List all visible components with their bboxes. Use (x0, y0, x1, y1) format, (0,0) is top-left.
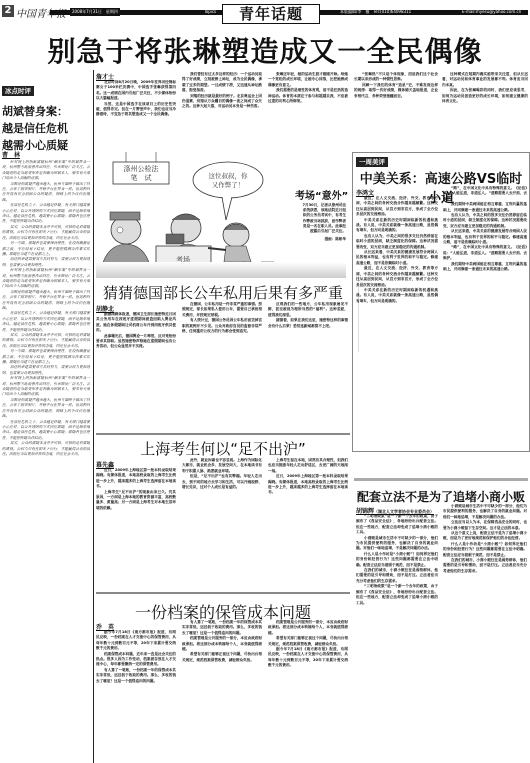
paragraph: 在信任危机之下，公众越是怀疑，有关部门越需要小心应对，以公开透明的方式回应质疑，… (2, 203, 90, 225)
article3-col1: 近日，2009年上海地区第一批本科录取结果揭晓。有媒体报道，本地高校录取的上海考… (96, 468, 176, 580)
newspaper-page: 2 中国青年报 2008年7月31日 星期四 Topics 青年话题 本版编辑/… (0, 0, 530, 763)
paragraph: 当然，这是中国选手在该项目上的历史性突破，值得肯定。但在一片赞誉声中，我们也应当… (96, 102, 176, 118)
svg-text:笔 试: 笔 试 (131, 173, 152, 182)
paragraph: 从长远来看，中美关系的健康发展符合两国人民的根本利益，也有利于世界的和平与稳定。… (356, 250, 438, 266)
special-col2: “路”，在中国文化中具有特殊的意义。《论语》说：“人能弘道，非道弘人。”道路需要… (443, 186, 527, 448)
paragraph: 也有人认为，中美之间的很多交往仍然停留在临时小道的层面，缺乏制度化的保障。这种状… (443, 213, 527, 229)
paragraph: 在信任危机之下，公众越是怀疑，有关部门越需要小心应对，以公开透明的方式回应质疑，… (2, 311, 90, 333)
paragraph: 当舆论的质疑声越来越大，杭州方面终于做出了回应，公布了庭审照片，并称不存在替身一… (2, 398, 90, 420)
paragraph: 其实，公众的质疑本身并不可怕，可怕的是对质疑的漠视。公权力只有在阳光下运行，才能… (2, 225, 90, 241)
paragraph: 也有人认为，中美之间的很多交往仍然停留在临时小道的层面，缺乏制度化的保障。这种状… (356, 234, 438, 250)
paragraph: “三明治政策”是一个新一个去年的政策，由于颁布了《食品安全法》，各地纷纷出台配套… (356, 514, 438, 536)
paragraph: 小商贩是城市生活中不可缺少的一部分，他们为市民提供便利的服务，也解决了自身的就业… (356, 536, 438, 552)
title-band (96, 262, 346, 278)
paragraph: 中美关系在新的历史时期面临新的机遇和挑战。有人说，中美关系就像一条高速公路，虽然… (356, 218, 438, 234)
paragraph: 从这个意义上说，配套立法不是为了追堵小商小贩，而是为了更好地规范和保护他们的合法… (443, 531, 527, 542)
paragraph: 档案管理是公共服务的一部分，本应由政府财政承担。将这部分成本转嫁给个人，本身就值… (182, 636, 262, 652)
paragraph: 据德国媒体报道，德国卫生部长施密特近日因其公务用车在西班牙度假期间被盗而陷入舆论… (96, 312, 176, 334)
paragraph: 小商贩是城市生活中不可缺少的一部分，他们为市民提供便利的服务，也解决了自身的就业… (443, 504, 527, 520)
cartoon-illustration: 涤州公检法 笔 试 这位叔叔，你 又作弊了！ 考场 (96, 150, 286, 270)
article1-col3: 张琳还年轻，她的运动生涯才刚刚开始。给她一个宽松的成长环境，让她专心训练，比把她… (268, 72, 348, 142)
page-number: 2 (2, 5, 14, 17)
paragraph: 当舆论的质疑声越来越大，杭州方面终于做出了回应，公布了庭审照片，并称不存在替身一… (2, 182, 90, 204)
section-title: 青年话题 (222, 4, 320, 24)
paragraph: 另一方面，质疑者也需要保持理性，在没有确凿证据之前，不应轻易下结论，更不能把猜测… (2, 349, 90, 365)
special-col1: 最近，在人文交流、经济、外交、教育等方面，中美之间的各种交流合作越来越频繁。这种… (356, 196, 438, 448)
article3-col2: 此外，就业因素也不容忽视。上海作为国际化大都市，就业机会多、发展空间大，在本地读… (182, 458, 262, 580)
paragraph: 我们期待中美两国能在相互尊重、互利共赢的基础上，共同修建一条通往未来的高速公路。 (443, 202, 527, 213)
paragraph: 信任的重建需要双方共同努力，需要公权力更加透明，也需要公众更加理性。 (2, 257, 90, 268)
paragraph: 在我们的城市，小商小贩往往是弱势群体，他们需要的是引导和帮助，而不是打压。立法者… (356, 568, 438, 584)
paragraph: 档案管理是公共服务的一部分，本应由政府财政承担。将这部分成本转嫁给个人，本身就值… (268, 620, 348, 636)
article2-col2: 在德国，公车私用是一件非常严重的事情。按照规定，部长如果私人使用公车，需要自己承… (182, 302, 262, 430)
paragraph: 我们曾经有过太多这样的经历：一个运动员取得了好成绩，立刻被捧上神坛，成为全民偶像… (182, 72, 262, 94)
sidebar-byline: 曹 林 (2, 150, 20, 159)
masthead: 2 中国青年报 2008年7月31日 星期四 Topics 青年话题 本版编辑/… (0, 4, 530, 20)
issue-date: 2008年7月31日 星期四 (70, 8, 120, 16)
paragraph: 刘翔的经历就是最好的例子。北京奥运会上因伤退赛，刘翔从万众瞩目的偶像一夜之间成了… (182, 94, 262, 110)
paragraph: 张琳还年轻，她的运动生涯才刚刚开始。给她一个宽松的成长环境，让她专心训练，比把她… (268, 72, 348, 88)
cartoon-drawing: 涤州公检法 笔 试 这位叔叔，你 又作弊了！ 考场 (96, 150, 286, 270)
paragraph: 希望有关部门能够正视这个问题，尽快出台相关规定，规范档案保管收费，减轻群众负担。 (268, 636, 348, 647)
article5-col1: 据今年7月18日《南方都市报》报道，有网民反映，一份档案在人才交流中心的保管费用… (96, 630, 176, 763)
article4-col2: 小商贩是城市生活中不可缺少的一部分，他们为市民提供便利的服务，也解决了自身的就业… (443, 504, 527, 763)
paragraph: 其实，公众的质疑本身并不可怕，可怕的是对质疑的漠视。公权力只有在阳光下运行，才能… (2, 441, 90, 457)
caption-author: 漫画：陈彬华 (300, 237, 346, 242)
paragraph: 最近，在人文交流、经济、外交、教育等方面，中美之间的各种交流合作越来越频繁。这种… (356, 266, 438, 288)
paragraph: 此事曝光后，德国舆论一片哗然，反对党纷纷要求其辞职。虽然施密特声称她在度假期间也… (96, 334, 176, 350)
article2-title: 猜猜德国部长公车私用后果有多严重 (96, 282, 350, 303)
paragraph: 在信任危机之下，公众越是怀疑，有关部门越需要小心应对，以公开透明的方式回应质疑，… (2, 420, 90, 442)
paragraph: 信任的重建需要双方共同努力，需要公权力更加透明，也需要公众更加理性。 (2, 365, 90, 376)
article2-col1: 据德国媒体报道，德国卫生部长施密特近日因其公务用车在西班牙度假期间被盗而陷入舆论… (96, 312, 176, 430)
email-info: E-mail:myesu@yahoo.com.cn (462, 8, 521, 16)
paragraph: 我们需要的是理性的体育观，而不是狂热的造神运动。体育的本质在于参与和超越自我，不… (268, 88, 348, 104)
paragraph: 有人统计过，德国公务员因公车私用而丢掉官职的案例并不少见。公众对政府官员的监督非… (182, 318, 262, 334)
paragraph: 反观我们的一些地方，公车私用现象屡见不鲜，甚至被视为理所当然的“福利”。这种差距… (268, 302, 348, 318)
sidebar-title-line: 胡斌替身案： (2, 103, 92, 120)
caption-body: 7月30日，记者从涤州司法系统获悉，该地法院近日组织的公务员考试中，有考生作弊被… (300, 203, 346, 234)
section-divider (96, 433, 350, 435)
special-tag: 一周美评 (356, 157, 388, 167)
article1-col5: 这种模式在短期内确实能带来关注度，但从长远看，对运动员和体育事业的发展都不利。体… (442, 72, 528, 150)
article1-col1: 北京时间8月20日晚，2009年世界田径锦标赛女子100米栏决赛中，中国选手张琳… (96, 80, 176, 142)
paragraph: 档案保管成本问题，近年来一直是社会关注的热点。很多人因为工作变动，档案被存放在人… (96, 652, 176, 668)
paragraph: 针对网上的热帖质疑杭州“飙车案”中胡斌替身一说，杭州警方此前曾作出回应，引来舆论… (2, 160, 90, 182)
article5-col2: 有人算了一笔账，一份档案一年的保管成本其实非常低，远远低于收取的费用。那么，多收… (182, 620, 262, 763)
article5-col3: 档案管理是公共服务的一部分，本应由政府财政承担。将这部分成本转嫁给个人，本身就值… (268, 620, 348, 763)
newspaper-logo: 中国青年报 (16, 5, 66, 20)
paragraph: “路”，在中国文化中具有特殊的意义。《论语》说：“人能弘道，非道弘人。”道路需要… (443, 245, 527, 261)
paragraph: 有人算了一笔账，一份档案一年的保管成本其实非常低，远远低于收取的费用。那么，多收… (182, 620, 262, 636)
paragraph: 北京时间8月20日晚，2009年世界田径锦标赛女子100米栏决赛中，中国选手张琳… (96, 80, 176, 102)
cartoon-caption-text: 7月30日，记者从涤州司法系统获悉，该地法院近日组织的公务员考试中，有考生作弊被… (300, 203, 346, 242)
paragraph: 针对网上的热帖质疑杭州“飙车案”中胡斌替身一说，杭州警方此前曾作出回应，引来舆论… (2, 376, 90, 398)
paragraph: 近日，2009年上海地区第一批本科录取结果揭晓。有媒体报道，本地高校录取的上海考… (268, 474, 348, 496)
paragraph: “三明治政策”是一个新一个去年的政策，由于颁布了《食品安全法》，各地纷纷出台配套… (356, 584, 438, 606)
article3-title: 上海考生何以“足不出沪” (96, 438, 350, 459)
sidebar-title: 胡斌替身案： 越是信任危机 越需小心质疑 (2, 103, 92, 154)
paragraph: 有人算了一笔账，一份档案一年的保管成本其实非常低，远远低于收取的费用。那么，多收… (96, 668, 176, 684)
sidebar-body: 针对网上的热帖质疑杭州“飙车案”中胡斌替身一说，杭州警方此前曾作出回应，引来舆论… (2, 160, 90, 760)
paragraph: 中美关系在新的历史时期面临新的机遇和挑战。有人说，中美关系就像一条高速公路，虽然… (356, 288, 438, 304)
paragraph: 回顾一下我们的体育“造星”史，不难发现这样的规律：取得一次好成绩，媒体铺天盖地报… (354, 83, 438, 99)
paragraph: 近日，2009年上海地区第一批本科录取结果揭晓。有媒体报道，本地高校录取的上海考… (96, 468, 176, 490)
paragraph: 什么人是小作坊是“小商小贩”？如何界定他们的身份和经营行为？这些问题都需要在立法… (356, 552, 438, 568)
svg-text:涤州公检法: 涤州公检法 (124, 164, 160, 173)
sidebar-tag: 冰点时评 (2, 86, 34, 96)
page-headline: 别急于将张琳塑造成又一全民偶像 (0, 30, 530, 70)
paragraph: “张琳热”不只是个体现象，而是我们这个社会长期以来形成的一种惯性思维。 (354, 72, 438, 83)
svg-text:这位叔叔，你: 这位叔叔，你 (209, 171, 249, 180)
paragraph: 立法应当以人为本，在保障食品安全的同时，也要为小商小贩留下生存空间。这才是立法的… (443, 520, 527, 531)
article1-col4: “张琳热”不只是个体现象，而是我们这个社会长期以来形成的一种惯性思维。 回顾一下… (354, 72, 438, 150)
article3-col3: 上海考生留在本地，固然有其合理性，但我们也应当鼓励年轻人走出舒适区，去更广阔的天… (268, 458, 348, 580)
paragraph: 我们期待中美两国能在相互尊重、互利共赢的基础上，共同修建一条通往未来的高速公路。 (443, 262, 527, 273)
paragraph: 希望有关部门能够正视这个问题，尽快出台相关规定，规范档案保管收费，减轻群众负担。 (182, 652, 262, 663)
svg-text:又作弊了！: 又作弊了！ (212, 180, 245, 189)
paragraph: 据今年7月18日《南方都市报》报道，有网民反映，一份档案在人才交流中心的保管费用… (96, 630, 176, 652)
article4-col1: “三明治政策”是一个新一个去年的政策，由于颁布了《食品安全法》，各地纷纷出台配套… (356, 514, 438, 763)
paragraph: 此外，就业因素也不容忽视。上海作为国际化大都市，就业机会多、发展空间大，在本地读… (182, 458, 262, 474)
paragraph: 其实，公众的质疑本身并不可怕，可怕的是对质疑的漠视。公权力只有在阳光下运行，才能… (2, 333, 90, 349)
paragraph: 另一方面，质疑者也需要保持理性，在没有确凿证据之前，不应轻易下结论，更不能把猜测… (2, 241, 90, 257)
paragraph: 据今年7月18日《南方都市报》报道，有网民反映，一份档案在人才交流中心的保管费用… (268, 647, 348, 669)
paragraph: 因此，在为张琳喝彩的同时，我们更应该思考，如何为运动员创造更好的成长环境，如何建… (442, 88, 528, 104)
article1-col2: 我们曾经有过太多这样的经历：一个运动员取得了好成绩，立刻被捧上神坛，成为全民偶像… (182, 72, 262, 142)
topics-label: Topics (204, 8, 216, 16)
paragraph: “路”，在中国文化中具有特殊的意义。《论语》说：“人能弘道，非道弘人。”道路需要… (443, 186, 527, 202)
section-divider (354, 478, 528, 481)
paragraph: 上海考生留在本地，固然有其合理性，但我们也应当鼓励年轻人走出舒适区，去更广阔的天… (268, 458, 348, 474)
column-divider (93, 70, 94, 763)
article4-title: 配套立法不是为了追堵小商小贩 (354, 488, 528, 505)
section-divider (96, 592, 350, 594)
paragraph: 这种模式在短期内确实能带来关注度，但从长远看，对运动员和体育事业的发展都不利。体… (442, 72, 528, 88)
paragraph: 在德国，公车私用是一件非常严重的事情。按照规定，部长如果私人使用公车，需要自己承… (182, 302, 262, 318)
editor-info: 本版编辑/李 楠 Tel:(010)64098311 (340, 8, 411, 16)
article2-col3: 反观我们的一些地方，公车私用现象屡见不鲜，甚至被视为理所当然的“福利”。这种差距… (268, 302, 348, 430)
paragraph: 从长远来看，中美关系的健康发展符合两国人民的根本利益，也有利于世界的和平与稳定。… (443, 229, 527, 245)
sidebar-title-line: 越是信任危机 (2, 120, 92, 137)
paragraph: 最近，在人文交流、经济、外交、教育等方面，中美之间的各种交流合作越来越频繁。这种… (356, 196, 438, 218)
paragraph: 在我们的城市，小商小贩往往是弱势群体，他们需要的是引导和帮助，而不是打压。立法者… (443, 558, 527, 574)
paragraph: 猜猜看，如果在我们这里，施密特这样的事情会有什么后果？恐怕连新闻都算不上吧。 (268, 318, 348, 329)
paragraph: 针对网上的热帖质疑杭州“飙车案”中胡斌替身一说，杭州警方此前曾作出回应，引来舆论… (2, 268, 90, 290)
paragraph: 什么人是小作坊是“小商小贩”？如何界定他们的身份和经营行为？这些问题都需要在立法… (443, 542, 527, 558)
cartoon-caption-title: 考场“意外” (295, 187, 348, 202)
paragraph: 但是，“足不出沪”也有其弊端。年轻人走出去，到不同的地方去学习和生活，可以开阔视… (182, 474, 262, 490)
paragraph: 当舆论的质疑声越来越大，杭州方面终于做出了回应，公布了庭审照片，并称不存在替身一… (2, 290, 90, 312)
paragraph: 上海考生“足不出沪”的现象由来已久。究其原因，一方面是上海本地的教育资源丰富，高… (96, 490, 176, 512)
